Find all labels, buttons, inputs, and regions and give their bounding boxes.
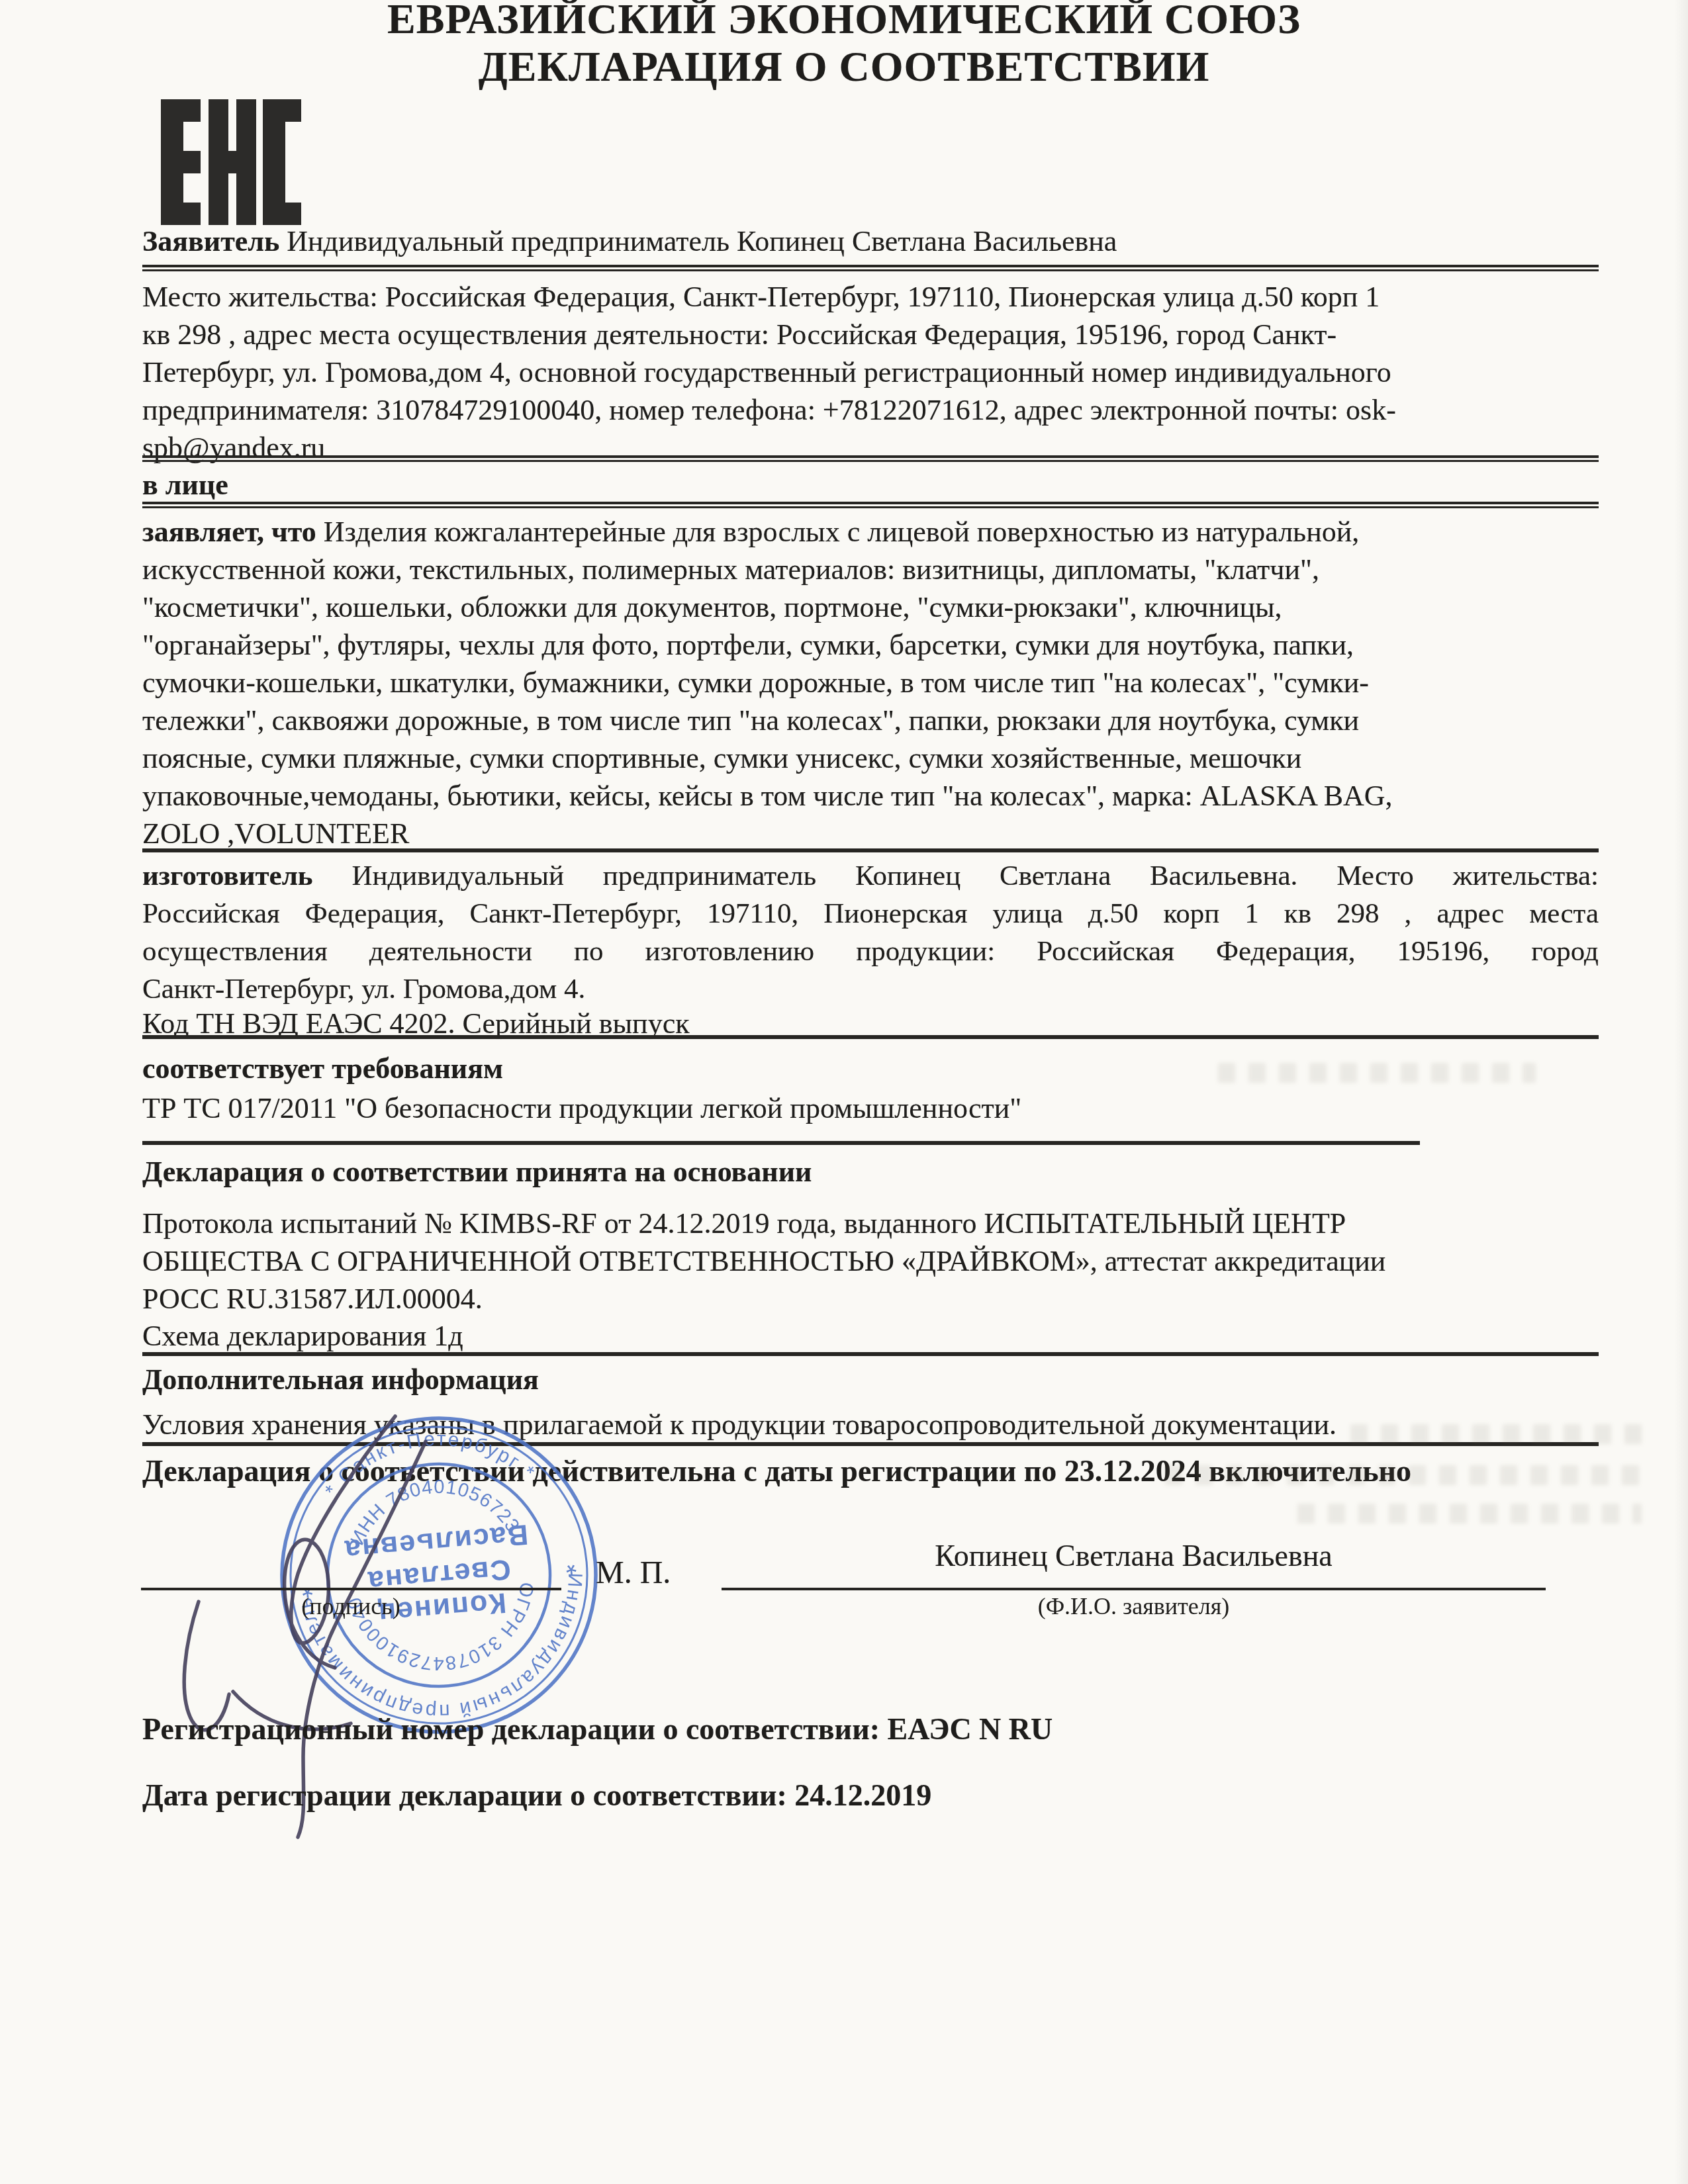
- seal-place-mark: М. П.: [596, 1554, 671, 1592]
- applicant-value: Индивидуальный предприниматель Копинец С…: [287, 225, 1117, 257]
- residence-paragraph: Место жительства: Российская Федерация, …: [142, 278, 1599, 467]
- applicant-label: Заявитель: [142, 225, 279, 257]
- basis-header: Декларация о соответствии принята на осн…: [142, 1153, 1599, 1191]
- divider: [142, 502, 1599, 508]
- page-title-line1: ЕВРАЗИЙСКИЙ ЭКОНОМИЧЕСКИЙ СОЮЗ: [0, 0, 1688, 44]
- applicant-name-over-line: Копинец Светлана Васильевна: [722, 1537, 1546, 1574]
- signature-line: [141, 1588, 561, 1590]
- manufacturer-paragraph: изготовитель Индивидуальный предпринимат…: [142, 857, 1599, 1008]
- declaration-document: ЕВРАЗИЙСКИЙ ЭКОНОМИЧЕСКИЙ СОЮЗ ДЕКЛАРАЦИ…: [0, 0, 1688, 2184]
- divider: [142, 455, 1599, 462]
- scan-edge-shadow: [1675, 0, 1688, 2184]
- manufacturer-label: изготовитель: [142, 860, 313, 891]
- divider: [142, 1352, 1599, 1356]
- divider: [142, 848, 1599, 852]
- scan-artifact: [1297, 1504, 1642, 1524]
- divider: [142, 1035, 1599, 1039]
- manufacturer-lines: Российская Федерация, Санкт-Петербург, 1…: [142, 895, 1599, 1008]
- regulation-line: ТР ТС 017/2011 "О безопасности продукции…: [142, 1089, 1599, 1127]
- signature-caption: (подпись): [278, 1592, 424, 1620]
- page-title-line2: ДЕКЛАРАЦИЯ О СООТВЕТСТВИИ: [0, 42, 1688, 91]
- eac-logo: [161, 99, 301, 225]
- name-line: [722, 1588, 1546, 1590]
- divider: [142, 265, 1599, 271]
- in-person-label: в лице: [142, 466, 1599, 504]
- applicant-row: Заявитель Индивидуальный предприниматель…: [142, 222, 1599, 260]
- declares-first-line: Изделия кожгалантерейные для взрослых с …: [316, 516, 1359, 548]
- registration-date-line: Дата регистрации декларации о соответств…: [142, 1776, 1632, 1814]
- declares-label: заявляет, что: [142, 516, 316, 548]
- declaration-paragraph: заявляет, что Изделия кожгалантерейные д…: [142, 513, 1599, 852]
- scheme-line: Схема декларирования 1д: [142, 1317, 1599, 1355]
- name-caption: (Ф.И.О. заявителя): [722, 1592, 1546, 1620]
- divider-short: [142, 1141, 1420, 1145]
- scan-artifact: [1165, 1465, 1642, 1485]
- manufacturer-first-line: Индивидуальный предприниматель Копинец С…: [313, 860, 1599, 891]
- scan-artifact: [1218, 1063, 1536, 1083]
- round-stamp: Индивидуальный предприниматель * Санкт-П…: [254, 1390, 624, 1760]
- declares-lines: искусственной кожи, текстильных, полимер…: [142, 551, 1599, 852]
- scan-artifact: [1350, 1424, 1655, 1444]
- basis-paragraph: Протокола испытаний № KIMBS-RF от 24.12.…: [142, 1205, 1599, 1318]
- registration-number-line: Регистрационный номер декларации о соотв…: [142, 1710, 1632, 1748]
